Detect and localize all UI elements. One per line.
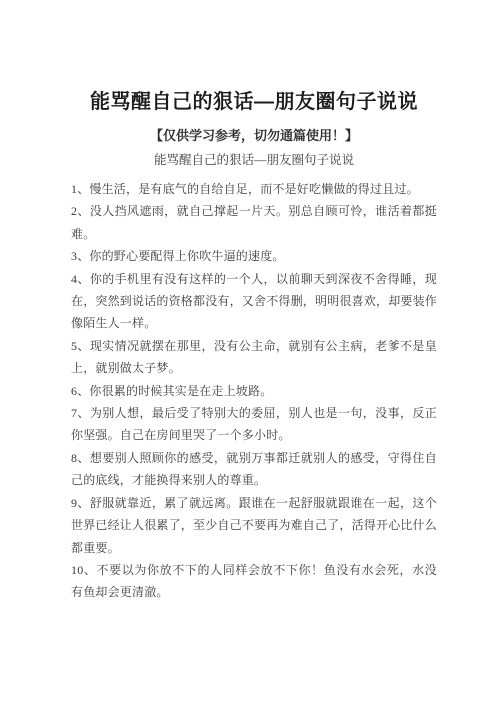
list-item: 3、你的野心要配得上你吹牛逼的速度。 xyxy=(71,245,437,267)
list-item: 7、为别人想，最后受了特别大的委屈，别人也是一句，没事，反正你坚强。自己在房间里… xyxy=(71,402,437,447)
document-body: 1、慢生活，是有底气的自给自足，而不是好吃懒做的得过且过。 2、没人挡风遮雨，就… xyxy=(71,178,437,604)
list-item: 2、没人挡风遮雨，就自己撑起一片天。别总自顾可怜，谁活着都挺难。 xyxy=(71,200,437,245)
list-item: 1、慢生活，是有底气的自给自足，而不是好吃懒做的得过且过。 xyxy=(71,178,437,200)
list-item: 4、你的手机里有没有这样的一个人，以前聊天到深夜不舍得睡，现在，突然到说话的资格… xyxy=(71,268,437,335)
list-item: 8、想要别人照顾你的感受，就别万事都迁就别人的感受，守得住自己的底线，才能换得来… xyxy=(71,447,437,492)
list-item: 6、你很累的时候其实是在走上坡路。 xyxy=(71,380,437,402)
document-subtitle: 能骂醒自己的狠话—朋友圈句子说说 xyxy=(71,149,437,171)
usage-notice: 【仅供学习参考，切勿通篇使用！】 xyxy=(71,126,437,146)
list-item: 10、不要以为你放不下的人同样会放不下你！鱼没有水会死，水没有鱼却会更清澈。 xyxy=(71,559,437,604)
page-title: 能骂醒自己的狠话—朋友圈句子说说 xyxy=(71,88,437,116)
document-page: 能骂醒自己的狠话—朋友圈句子说说 【仅供学习参考，切勿通篇使用！】 能骂醒自己的… xyxy=(0,0,500,707)
list-item: 9、舒服就靠近，累了就远离。跟谁在一起舒服就跟谁在一起，这个世界已经让人很累了，… xyxy=(71,492,437,559)
list-item: 5、现实情况就摆在那里，没有公主命，就别有公主病，老爹不是皇上，就别做太子梦。 xyxy=(71,335,437,380)
